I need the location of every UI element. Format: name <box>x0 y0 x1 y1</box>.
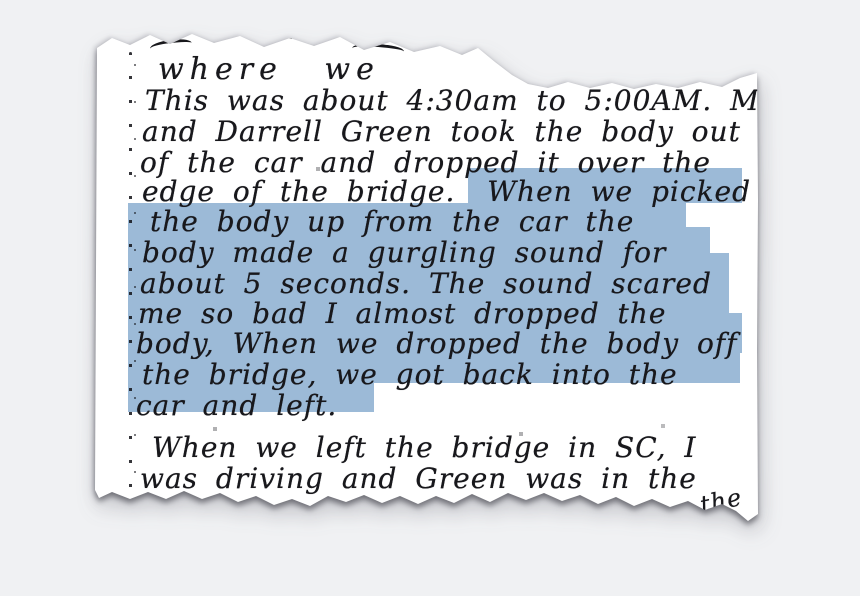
highlighted-line-text: When we picked <box>487 175 751 208</box>
handwriting-line: body made a gurgling sound for <box>142 238 666 268</box>
photocopy-margin-dots <box>129 52 132 494</box>
highlighted-line-text: body made a gurgling sound for <box>142 236 666 269</box>
torn-paper-shadow: where we This was about 4:30am to 5:00AM… <box>0 0 860 596</box>
handwriting-torn-fragment: the <box>697 482 745 520</box>
line-text: edge of the bridge. <box>142 175 473 208</box>
handwriting-line: and Darrell Green took the body out <box>142 117 741 147</box>
handwriting-line: body, When we dropped the body off <box>136 329 738 359</box>
handwriting-line: was driving and Green was in the <box>140 464 697 494</box>
highlighted-line-text: the body up from the car the <box>150 205 634 238</box>
handwriting-line: me so bad I almost dropped the <box>138 299 666 329</box>
highlighted-line-text: about 5 seconds. The sound scared <box>140 267 712 300</box>
line-text: where we <box>158 52 380 87</box>
handwriting-line: the bridge, we got back into the <box>142 360 678 390</box>
handwriting-line: the body up from the car the <box>150 207 634 237</box>
handwriting-line: where we <box>158 55 380 85</box>
highlighted-line-text: car and left. <box>136 389 337 422</box>
handwriting-line: about 5 seconds. The sound scared <box>140 269 712 299</box>
torn-top-stroke-fragment <box>262 33 293 46</box>
line-text: and Darrell Green took the body out <box>142 115 741 148</box>
handwriting-line: of the car and dropped it over the <box>140 148 711 178</box>
handwriting-line: This was about 4:30am to 5:00AM. Me <box>145 86 777 116</box>
handwriting-line: car and left. <box>136 391 337 421</box>
photocopy-specks <box>0 0 2 2</box>
highlighted-line-text: me so bad I almost dropped the <box>138 297 666 330</box>
line-text: was driving and Green was in the <box>140 462 697 495</box>
highlighted-line-text: the bridge, we got back into the <box>142 358 678 391</box>
highlighted-line-text: body, When we dropped the body off <box>136 327 738 360</box>
line-text: the <box>698 483 745 519</box>
line-text: When we left the bridge in SC, I <box>152 431 697 464</box>
torn-paper-fragment: where we This was about 4:30am to 5:00AM… <box>0 0 860 596</box>
handwriting-line: edge of the bridge. When we picked <box>142 177 751 207</box>
photocopy-margin-dots <box>134 64 136 484</box>
scan-background: where we This was about 4:30am to 5:00AM… <box>0 0 860 596</box>
handwriting-line: When we left the bridge in SC, I <box>152 433 697 463</box>
line-text: This was about 4:30am to 5:00AM. Me <box>145 84 777 117</box>
